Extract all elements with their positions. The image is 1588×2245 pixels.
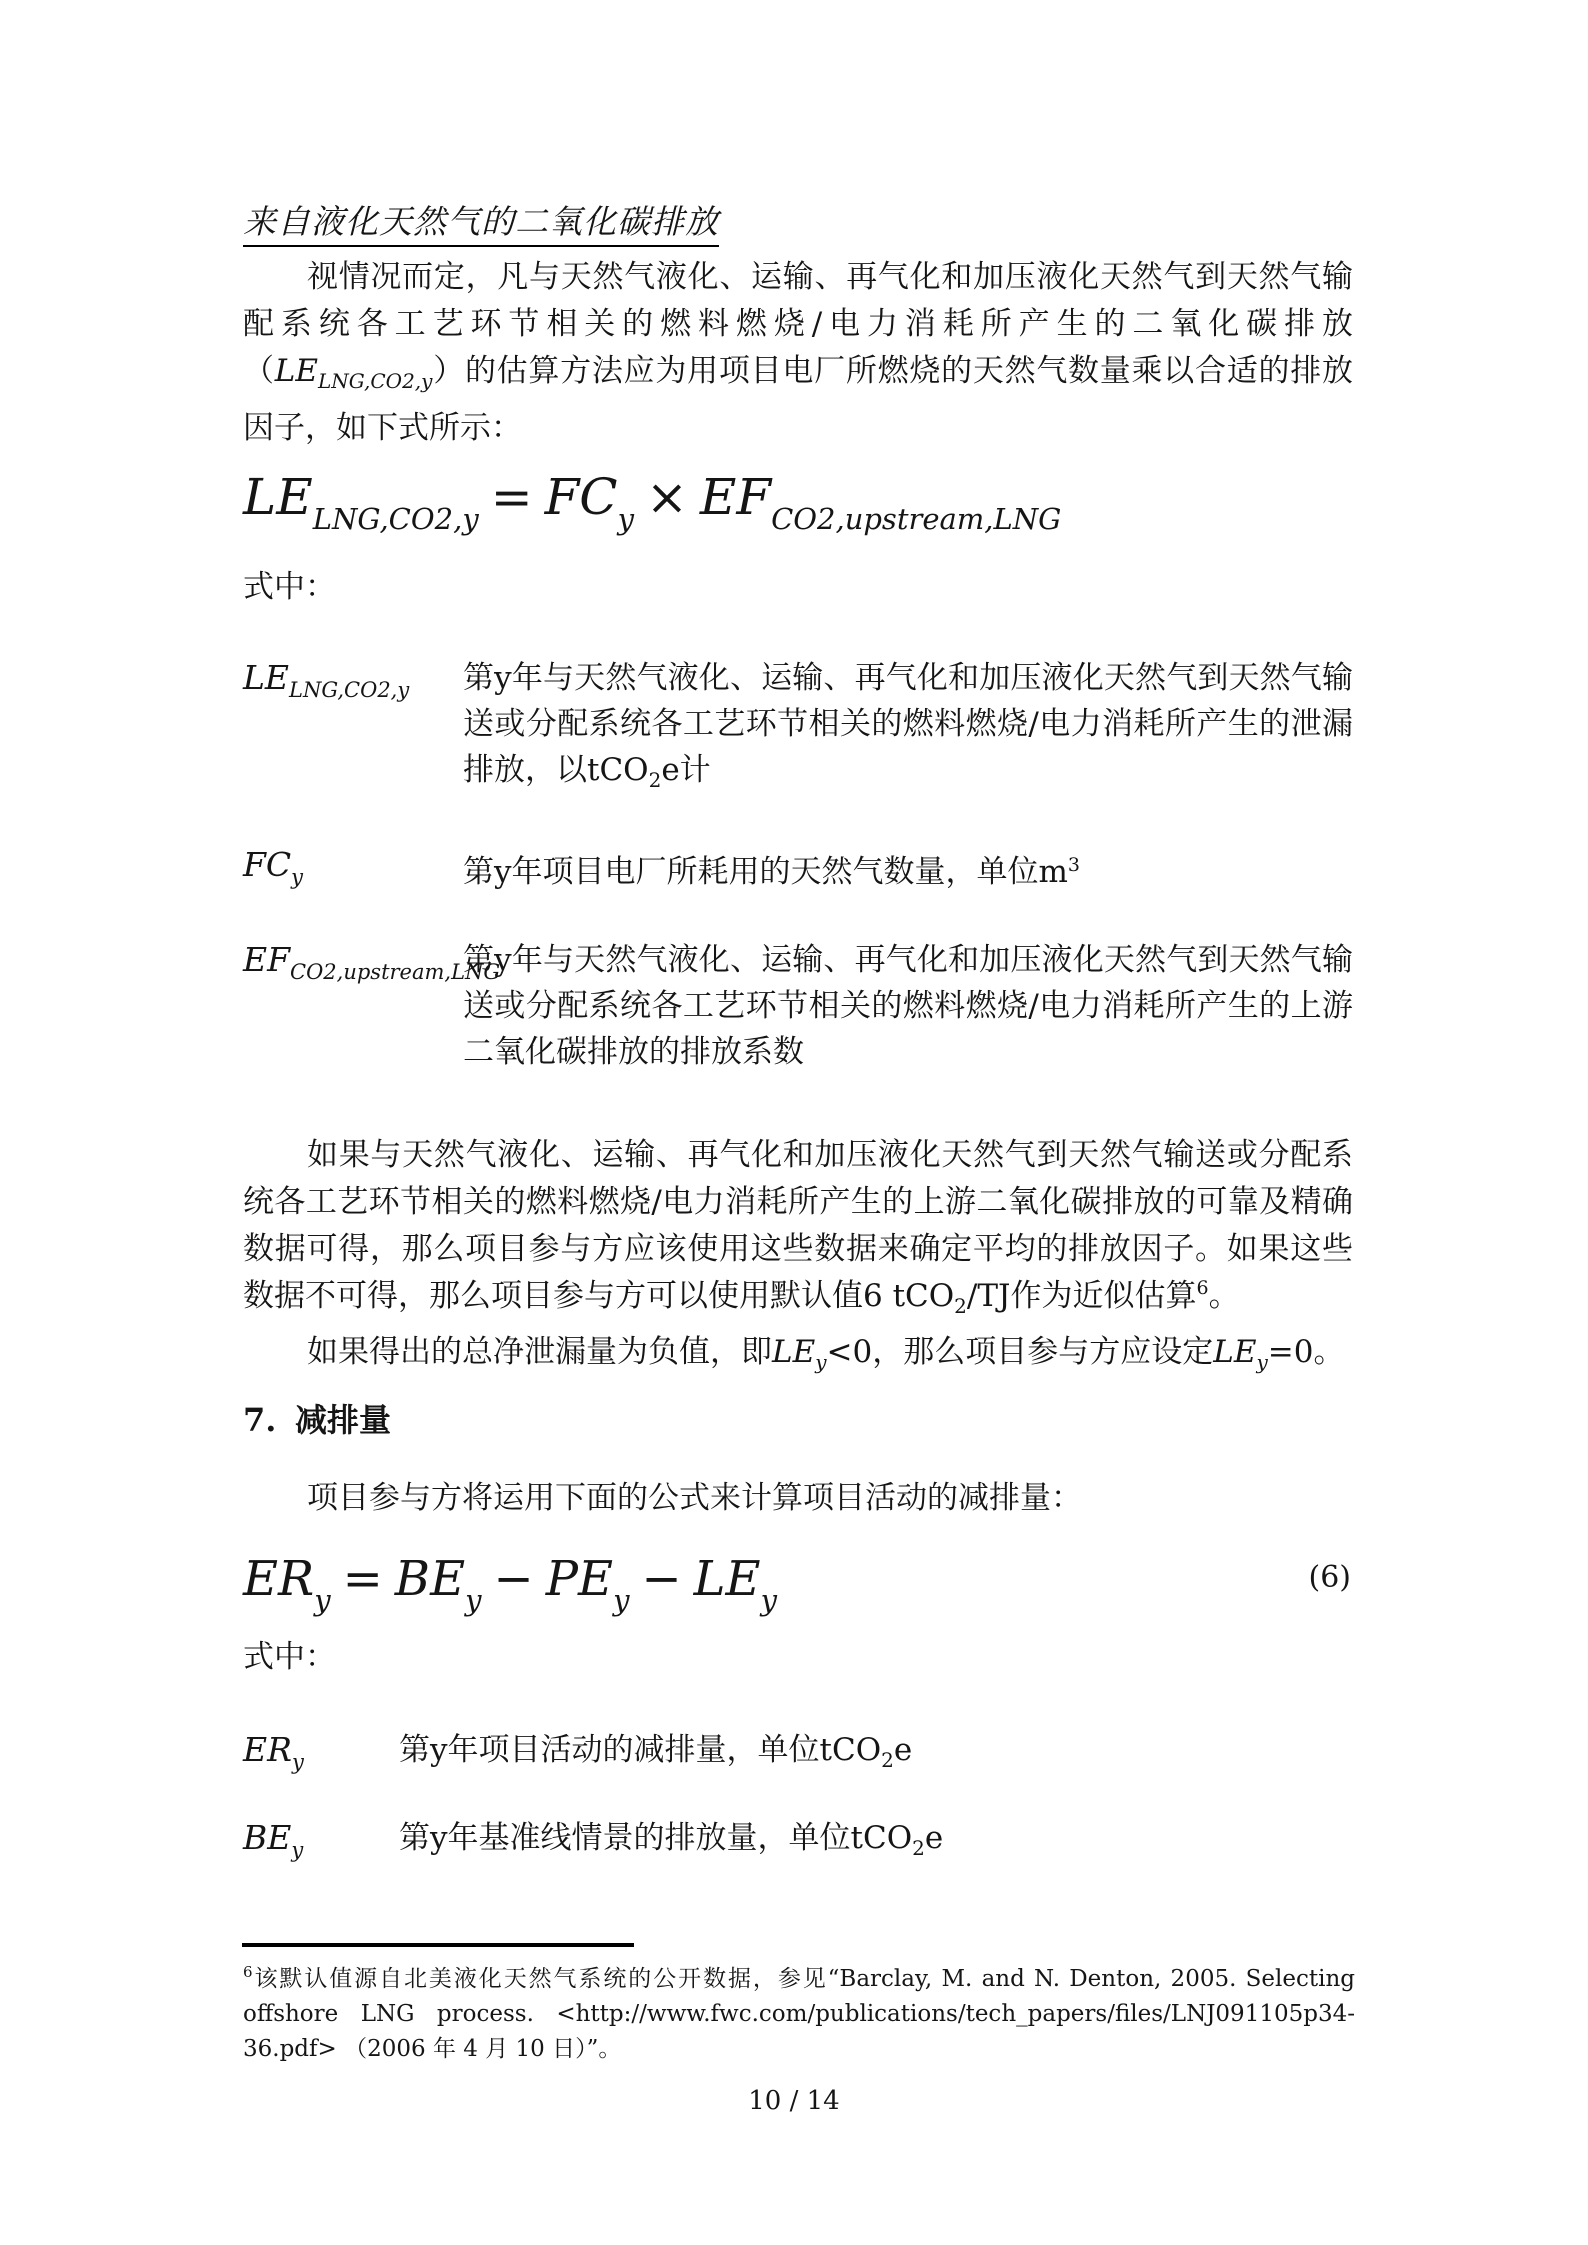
definition-fc-base: FC [243, 845, 291, 884]
definition-fc-desc-pre: 第y年项目电厂所耗用的天然气数量，单位m [463, 854, 1068, 890]
where-label-2: 式中： [243, 1634, 1353, 1680]
formula2-term3-sub: y [761, 1583, 777, 1617]
definition-fc-sub: y [291, 865, 303, 889]
formula1-lhs-sub: LNG,CO2,y [313, 502, 479, 536]
definition-be-desc-pre: 第y年基准线情景的排放量，单位tCO [399, 1820, 912, 1856]
footnote-text: 该默认值源自北美液化天然气系统的公开数据，参见“Barclay, M. and … [243, 1966, 1355, 2062]
definition-be-desc: 第y年基准线情景的排放量，单位tCO2e [399, 1815, 1353, 1871]
inline-var-le: LE [275, 353, 318, 389]
paragraph-negative-leakage-mid: <0，那么项目参与方应设定 [827, 1334, 1214, 1370]
definition-le-desc: 第y年与天然气液化、运输、再气化和加压液化天然气到天然气输送或分配系统各工艺环节… [463, 655, 1353, 803]
definition-be-desc-post: e [925, 1820, 943, 1856]
formula2-term1: BE [395, 1551, 465, 1607]
definition-be-base: BE [243, 1818, 291, 1857]
formula2-term2-sub: y [613, 1583, 629, 1617]
page-number: 10 / 14 [0, 2086, 1588, 2116]
formula1-term1-sub: y [618, 502, 634, 536]
definition-le-unit-sub: 2 [649, 768, 662, 792]
formula-emission-reduction: ERy=BEy−PEy−LEy (6) [243, 1539, 1353, 1640]
definition-er-term: ERy [243, 1727, 399, 1785]
formula1-term1: FC [545, 468, 618, 526]
formula2-term1-sub: y [465, 1583, 481, 1617]
subsection-title: 来自液化天然气的二氧化碳排放 [243, 196, 1353, 243]
formula1-term2-sub: CO2,upstream,LNG [771, 502, 1061, 536]
footnote-6: 6该默认值源自北美液化天然气系统的公开数据，参见“Barclay, M. and… [243, 1955, 1355, 2067]
paragraph-er-intro: 项目参与方将运用下面的公式来计算项目活动的减排量： [243, 1475, 1353, 1522]
section-heading: 7. 减排量 [243, 1397, 1353, 1443]
equals-sign-2: = [343, 1551, 383, 1607]
definition-er-desc: 第y年项目活动的减排量，单位tCO2e [399, 1727, 1353, 1783]
definition-ef: EFCO2,upstream,LNG 第y年与天然气液化、运输、再气化和加压液化… [243, 937, 1353, 1075]
definition-le: LELNG,CO2,y 第y年与天然气液化、运输、再气化和加压液化天然气到天然气… [243, 655, 1353, 803]
definition-le-sub: LNG,CO2,y [289, 678, 409, 702]
formula-leakage-lng: LELNG,CO2,y=FCy×EFCO2,upstream,LNG [243, 457, 1353, 559]
inline-var-le1: LE [772, 1334, 815, 1370]
definition-ef-base: EF [243, 940, 290, 979]
inline-var-le1-sub: y [815, 1350, 826, 1374]
definition-le-base: LE [243, 658, 289, 697]
equation-number: (6) [1309, 1563, 1352, 1593]
definition-fc-unit-sup: 3 [1068, 854, 1080, 876]
definition-ef-desc: 第y年与天然气液化、运输、再气化和加压液化天然气到天然气输送或分配系统各工艺环节… [463, 937, 1353, 1075]
paragraph-default-factor-mid: /TJ作为近似估算 [967, 1278, 1197, 1314]
definition-ef-term: EFCO2,upstream,LNG [243, 937, 463, 995]
inline-var-le-sub: LNG,CO2,y [318, 369, 432, 393]
footnote-marker: 6 [243, 1963, 253, 1981]
definition-er-desc-pre: 第y年项目活动的减排量，单位tCO [399, 1732, 881, 1768]
section-number: 7. [243, 1397, 295, 1443]
definition-er-base: ER [243, 1730, 292, 1769]
paragraph-intro: 视情况而定，凡与天然气液化、运输、再气化和加压液化天然气到天然气输配系统各工艺环… [243, 254, 1353, 452]
definition-fc-term: FCy [243, 842, 463, 900]
definition-be-unit-sub: 2 [912, 1836, 925, 1860]
definition-le-desc-post: e计 [661, 752, 710, 788]
formula2-lhs-sub: y [314, 1583, 330, 1617]
paragraph-negative-leakage: 如果得出的总净泄漏量为负值，即LEy<0，那么项目参与方应设定LEy=0。 [243, 1329, 1353, 1386]
multiply-sign: × [646, 468, 688, 526]
section-heading-text: 减排量 [295, 1397, 391, 1443]
definition-er-desc-post: e [894, 1732, 912, 1768]
definition-le-term: LELNG,CO2,y [243, 655, 463, 713]
paragraph-intro-post: ）的估算方法应为用项目电厂所燃烧的天然气数量乘以合适的排放因子，如下式所示： [243, 353, 1353, 446]
definition-be: BEy 第y年基准线情景的排放量，单位tCO2e [243, 1815, 1353, 1873]
definition-er-sub: y [292, 1750, 304, 1774]
definition-fc-desc: 第y年项目电厂所耗用的天然气数量，单位m3 [463, 842, 1353, 895]
document-page: 来自液化天然气的二氧化碳排放 视情况而定，凡与天然气液化、运输、再气化和加压液化… [0, 0, 1588, 2245]
definition-er: ERy 第y年项目活动的减排量，单位tCO2e [243, 1727, 1353, 1785]
inline-var-le2: LE [1213, 1334, 1256, 1370]
footnote-separator [242, 1943, 634, 1947]
minus-sign-2: − [641, 1551, 681, 1607]
paragraph-default-factor: 如果与天然气液化、运输、再气化和加压液化天然气到天然气输送或分配系统各工艺环节相… [243, 1132, 1353, 1330]
subsection-title-text: 来自液化天然气的二氧化碳排放 [243, 202, 719, 247]
footnote-ref-6: 6 [1196, 1277, 1208, 1299]
definition-fc: FCy 第y年项目电厂所耗用的天然气数量，单位m3 [243, 842, 1353, 900]
paragraph-default-factor-post: 。 [1209, 1278, 1240, 1314]
definition-be-sub: y [291, 1838, 303, 1862]
formula2-term3: LE [694, 1551, 761, 1607]
definition-le-desc-pre: 第y年与天然气液化、运输、再气化和加压液化天然气到天然气输送或分配系统各工艺环节… [463, 660, 1353, 788]
paragraph-negative-leakage-pre: 如果得出的总净泄漏量为负值，即 [307, 1334, 772, 1370]
equals-sign: = [491, 468, 533, 526]
definition-be-term: BEy [243, 1815, 399, 1873]
where-label-1: 式中： [243, 564, 1353, 610]
formula2-lhs: ER [243, 1551, 314, 1607]
inline-var-le2-sub: y [1256, 1350, 1267, 1374]
definition-er-unit-sub: 2 [881, 1748, 894, 1772]
tco2-sub: 2 [954, 1294, 967, 1318]
minus-sign-1: − [494, 1551, 534, 1607]
formula1-lhs: LE [243, 468, 313, 526]
formula2-term2: PE [546, 1551, 613, 1607]
formula1-term2: EF [700, 468, 771, 526]
paragraph-negative-leakage-post: =0。 [1268, 1334, 1345, 1370]
